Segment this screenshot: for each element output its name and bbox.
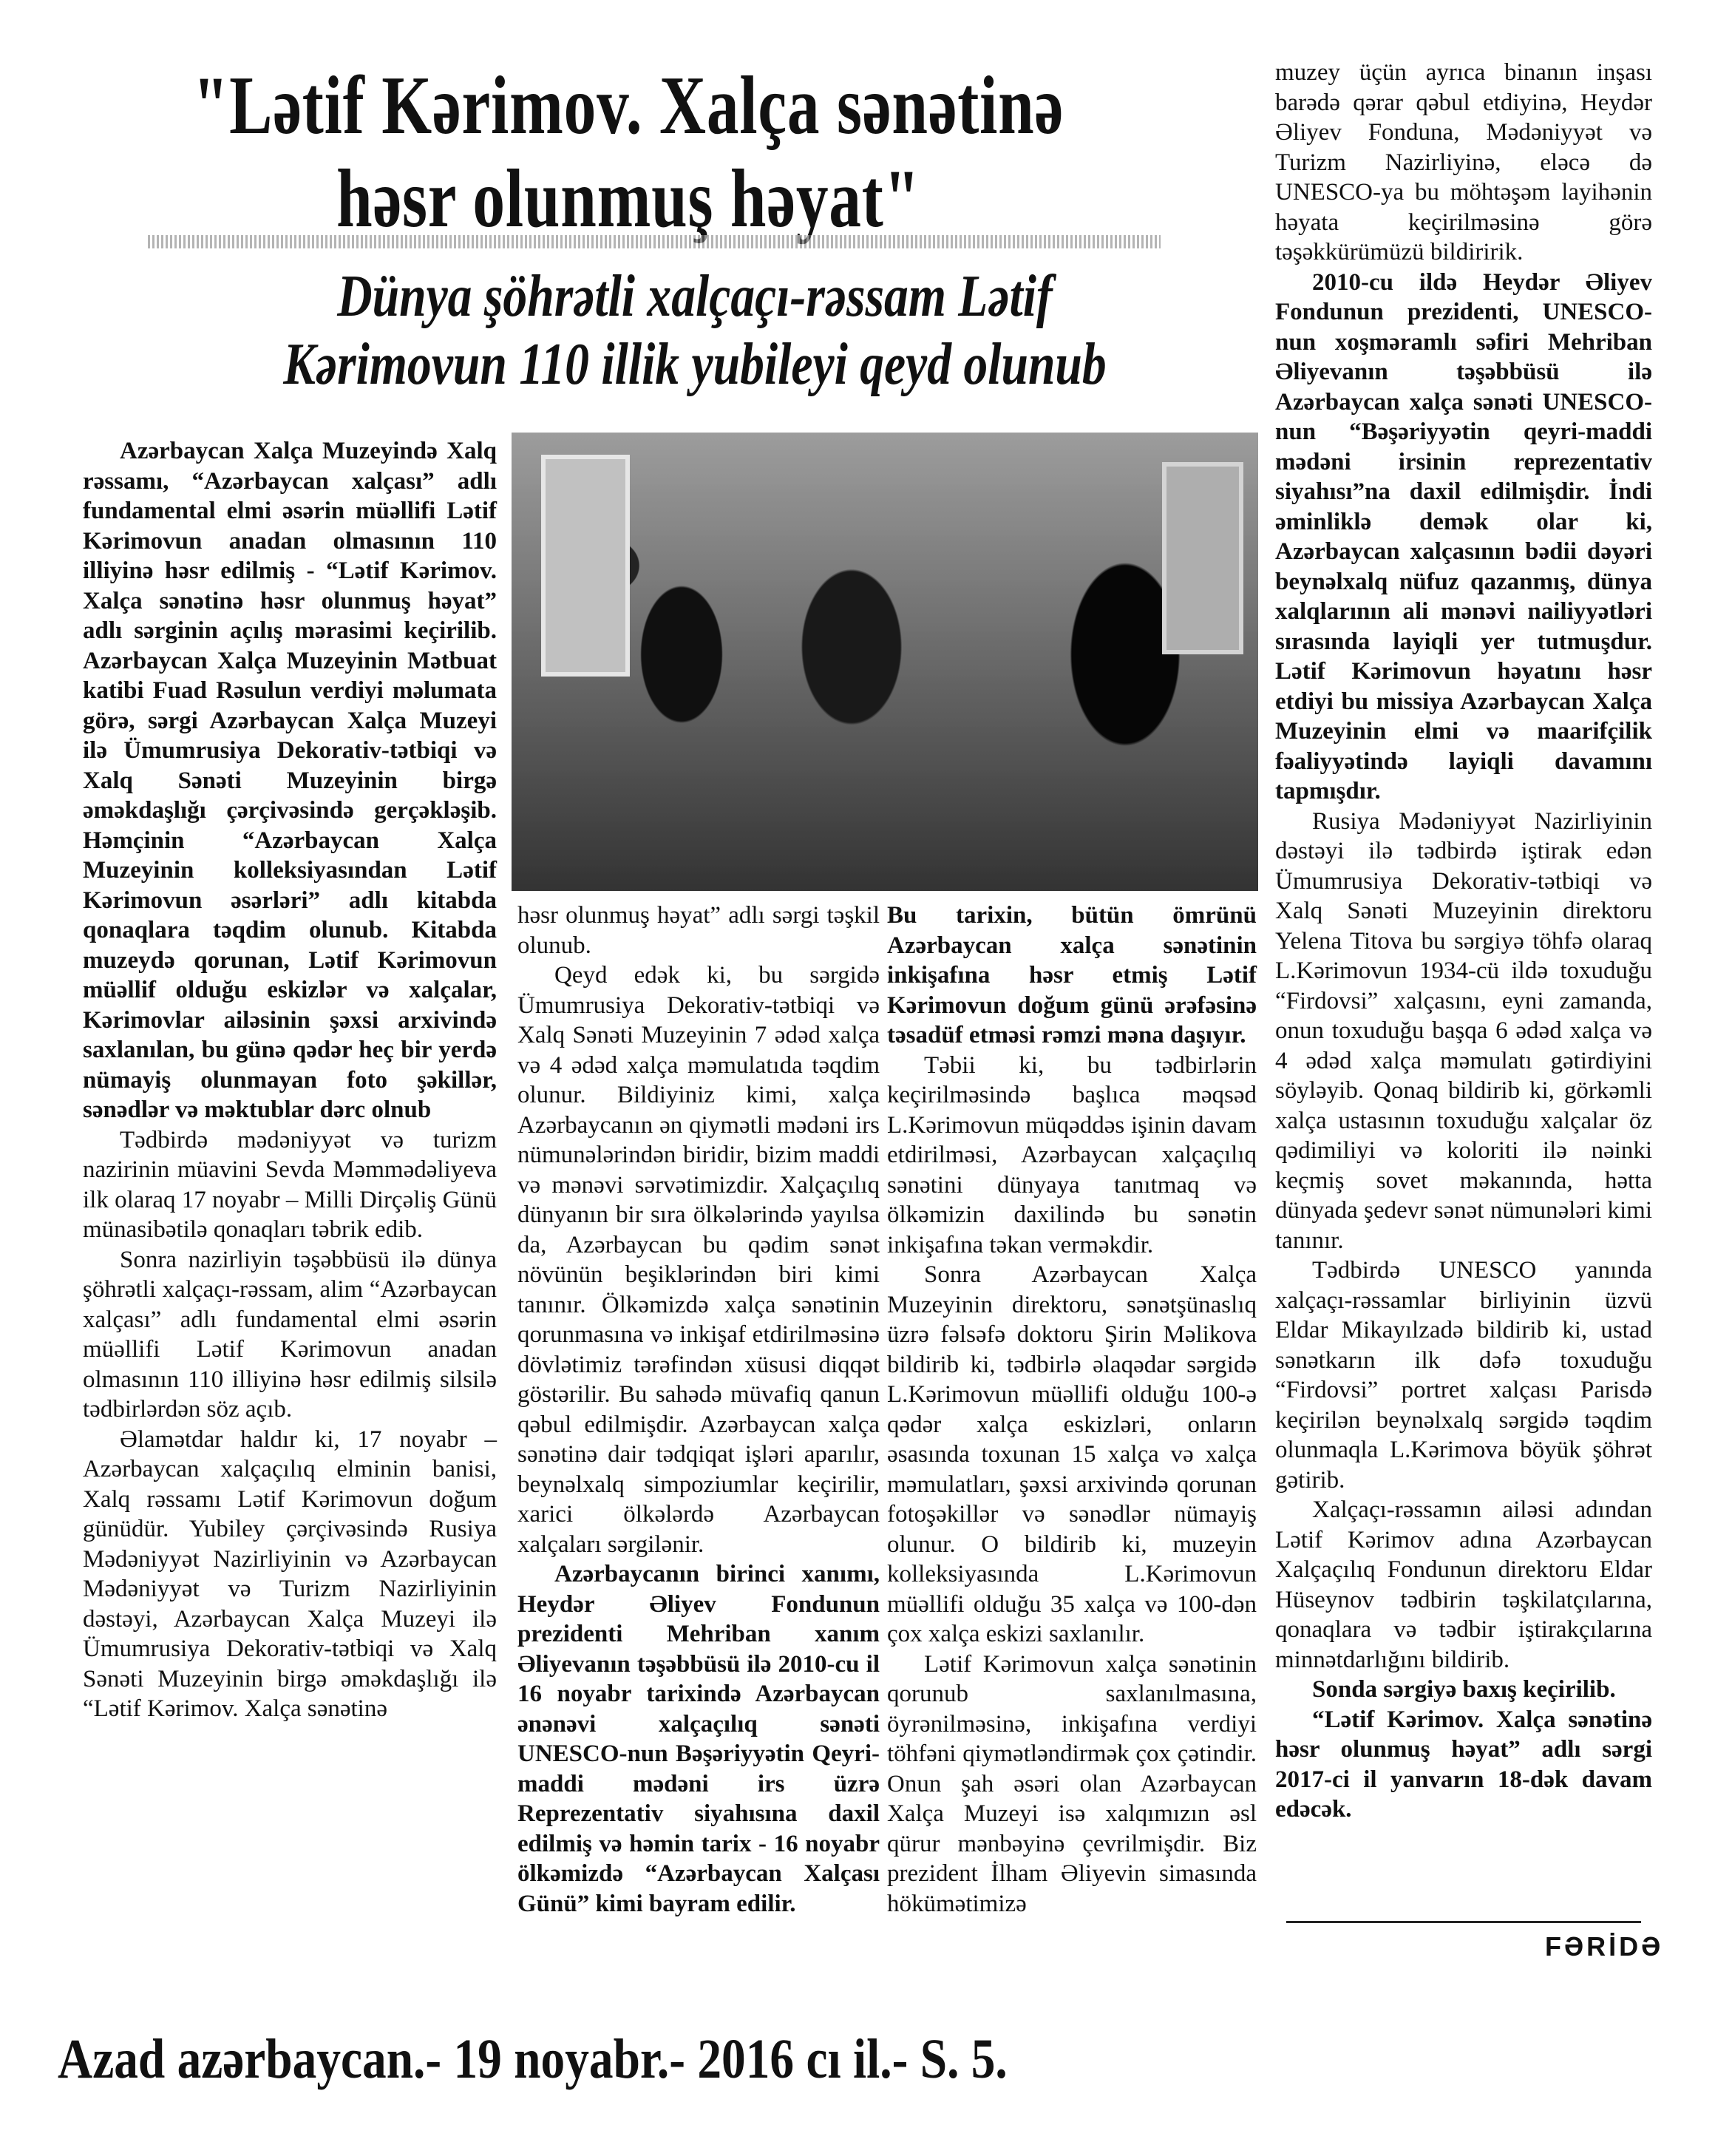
paragraph: Azərbaycan Xalça Muzeyində Xalq rəssamı,… [83,436,497,1125]
paragraph: Sonra nazirliyin təşəbbüsü ilə dünya şöh… [83,1245,497,1425]
framed-carpet-left [541,455,630,677]
column-1: Azərbaycan Xalça Muzeyində Xalq rəssamı,… [83,436,497,1724]
column-4: muzey üçün ayrıca binanın inşası barədə … [1275,58,1652,1825]
paragraph: Qeyd edək ki, bu sərgidə Ümumrusiya Deko… [517,960,880,1559]
framed-carpet-right [1162,462,1243,654]
paragraph: 2010-cu ildə Heydər Əliyev Fondunun prez… [1275,268,1652,807]
paragraph: həsr olunmuş həyat” adlı sərgi təşkil ol… [517,901,880,960]
paragraph: Tədbirdə UNESCO yanında xalçaçı-rəssamla… [1275,1255,1652,1495]
headline: "Lətif Kərimov. Xalça sənətinə həsr olun… [190,59,1067,245]
paragraph: Sonda sərgiyə baxış keçirilib. [1275,1675,1652,1705]
column-3: Bu tarixin, bütün ömrünü Azərbaycan xalç… [887,901,1257,1919]
paragraph: Bu tarixin, bütün ömrünü Azərbaycan xalç… [887,901,1257,1051]
author-byline: FƏRİDƏ [1545,1931,1663,1962]
paragraph: Xalçaçı-rəssamın ailəsi adından Lətif Kə… [1275,1495,1652,1675]
paragraph: Rusiya Mədəniyyət Nazirliyinin dəstəyi i… [1275,807,1652,1256]
paragraph: Lətif Kərimovun xalça sənətinin qorunub … [887,1650,1257,1919]
paragraph: “Lətif Kərimov. Xalça sənətinə həsr olun… [1275,1705,1652,1825]
paragraph: Təbii ki, bu tədbirlərin keçirilməsində … [887,1051,1257,1261]
subheadline: Dünya şöhrətli xalçaçı-rəssam Lətif Kəri… [240,262,1149,399]
source-citation: Azad azərbaycan.- 19 noyabr.- 2016 cı il… [58,2027,1008,2092]
decorative-rule [148,235,1161,248]
byline-divider [1286,1921,1641,1923]
column-2: həsr olunmuş həyat” adlı sərgi təşkil ol… [517,901,880,1919]
exhibition-photo [512,433,1258,891]
paragraph: Əlamətdar haldır ki, 17 noyabr – Azərbay… [83,1425,497,1724]
paragraph: Tədbirdə mədəniyyət və turizm nazirinin … [83,1125,497,1245]
paragraph: muzey üçün ayrıca binanın inşası barədə … [1275,58,1652,268]
paragraph: Sonra Azərbaycan Xalça Muzeyinin direkto… [887,1260,1257,1650]
paragraph: Azərbaycanın birinci xanımı, Heydər Əliy… [517,1559,880,1919]
